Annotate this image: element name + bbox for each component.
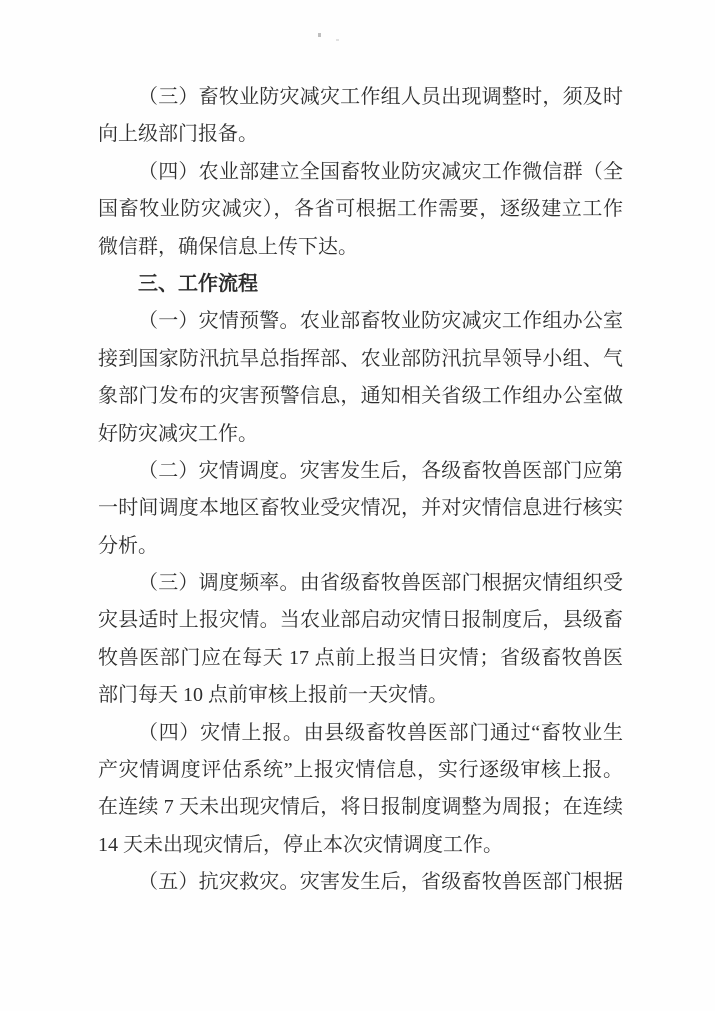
text-line: （一）灾情预警。农业部畜牧业防灾减灾工作组办公室 [98, 303, 623, 340]
text-line: 一时间调度本地区畜牧业受灾情况，并对灾情信息进行核实 [98, 490, 623, 527]
text-line: 灾县适时上报灾情。当农业部启动灾情日报制度后，县级畜 [98, 602, 623, 639]
text-line: 产灾情调度评估系统”上报灾情信息，实行逐级审核上报。 [98, 752, 623, 789]
text-line: （三）畜牧业防灾减灾工作组人员出现调整时，须及时 [98, 79, 623, 116]
text-line: 分析。 [98, 528, 623, 565]
text-line: 向上级部门报备。 [98, 116, 623, 153]
scan-artifact [336, 39, 339, 41]
text-line: （四）灾情上报。由县级畜牧兽医部门通过“畜牧业生 [98, 715, 623, 752]
text-line: （四）农业部建立全国畜牧业防灾减灾工作微信群（全 [98, 154, 623, 191]
document-page: （三）畜牧业防灾减灾工作组人员出现调整时，须及时向上级部门报备。（四）农业部建立… [0, 0, 715, 1011]
text-line: 微信群，确保信息上传下达。 [98, 229, 623, 266]
text-line: 接到国家防汛抗旱总指挥部、农业部防汛抗旱领导小组、气 [98, 341, 623, 378]
text-line: （五）抗灾救灾。灾害发生后，省级畜牧兽医部门根据 [98, 864, 623, 901]
text-line: 14 天未出现灾情后，停止本次灾情调度工作。 [98, 827, 623, 864]
text-line: 在连续 7 天未出现灾情后，将日报制度调整为周报；在连续 [98, 789, 623, 826]
text-line: 牧兽医部门应在每天 17 点前上报当日灾情；省级畜牧兽医 [98, 640, 623, 677]
scan-artifact [318, 33, 321, 37]
document-body: （三）畜牧业防灾减灾工作组人员出现调整时，须及时向上级部门报备。（四）农业部建立… [98, 79, 623, 902]
text-line: 部门每天 10 点前审核上报前一天灾情。 [98, 677, 623, 714]
text-line: 象部门发布的灾害预警信息，通知相关省级工作组办公室做 [98, 378, 623, 415]
text-line: （三）调度频率。由省级畜牧兽医部门根据灾情组织受 [98, 565, 623, 602]
text-line: 国畜牧业防灾减灾），各省可根据工作需要，逐级建立工作 [98, 191, 623, 228]
text-line: 好防灾减灾工作。 [98, 416, 623, 453]
section-heading: 三、工作流程 [98, 266, 623, 303]
text-line: （二）灾情调度。灾害发生后，各级畜牧兽医部门应第 [98, 453, 623, 490]
